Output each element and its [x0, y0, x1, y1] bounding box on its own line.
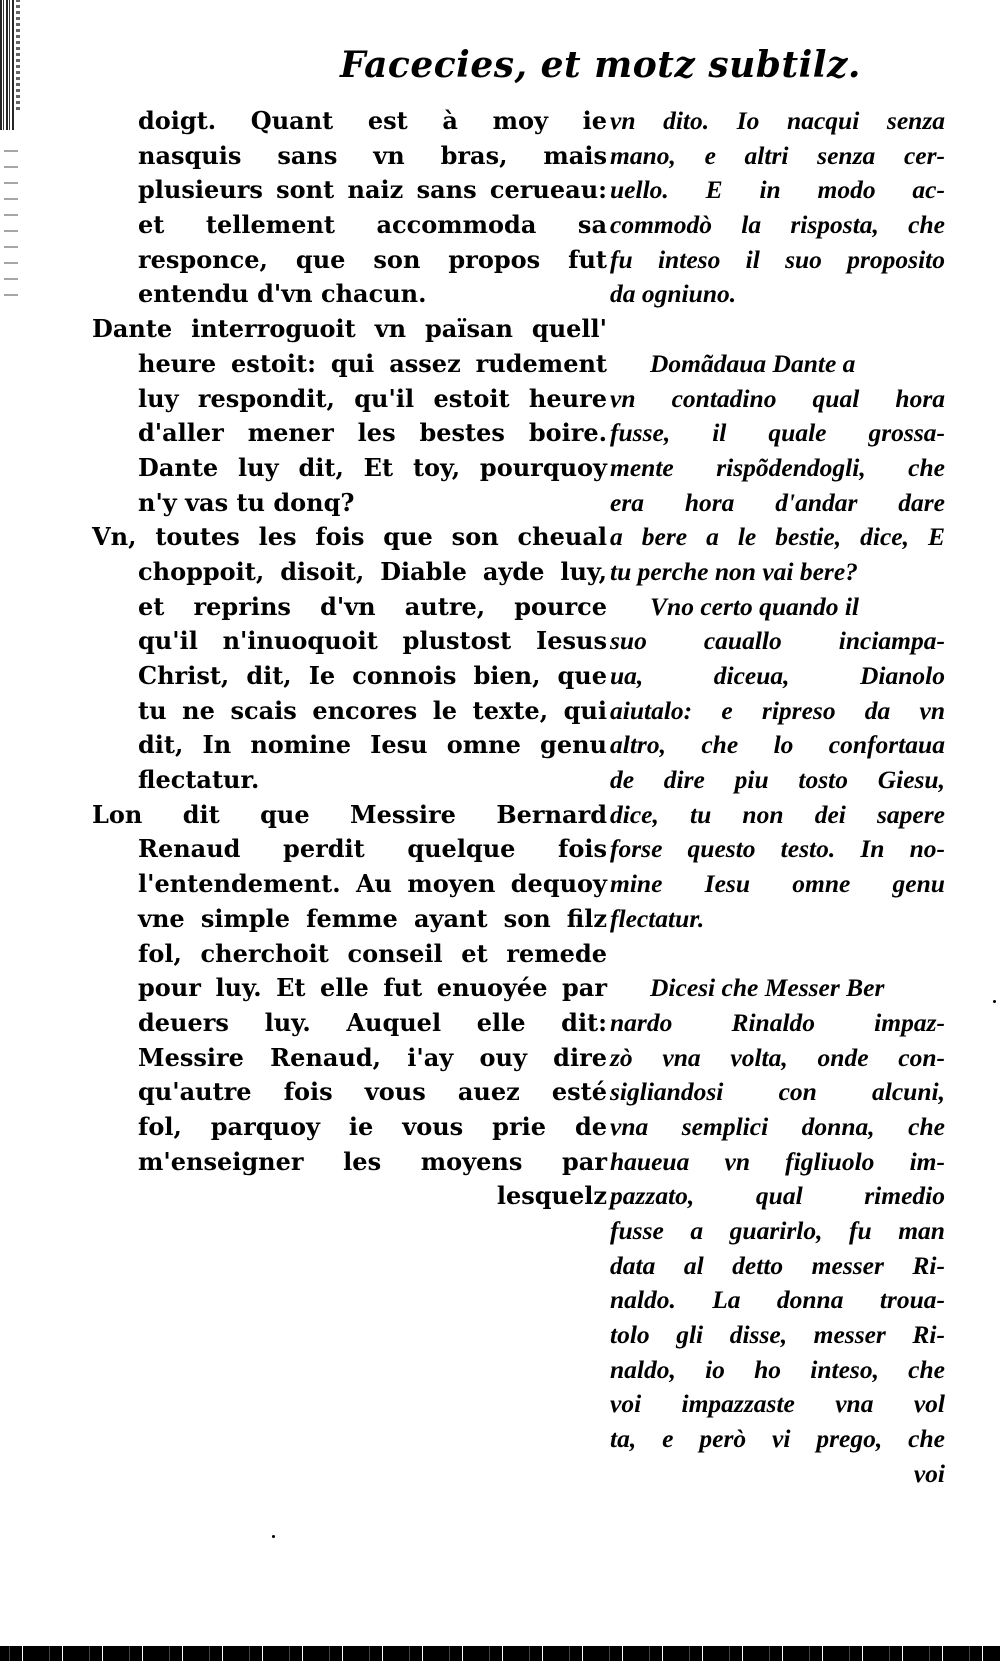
text-line: l'entendement. Au moyen dequoy: [92, 867, 607, 902]
text-line: vne simple femme ayant son filz: [92, 902, 607, 937]
text-line: flectatur.: [92, 763, 607, 798]
text-line: Vno certo quando il: [610, 590, 945, 625]
text-line: m'enseigner les moyens par: [92, 1145, 607, 1180]
text-line: Messire Renaud, i'ay ouy dire: [92, 1041, 607, 1076]
text-line: forse questo testo. In no-: [610, 832, 945, 867]
text-line: aiutalo: e ripreso da vn: [610, 694, 945, 729]
text-line: doigt. Quant est à moy ie: [92, 104, 607, 139]
text-line: ta, e però vi prego, che: [610, 1422, 945, 1457]
text-line: plusieurs sont naiz sans cerueau:: [92, 173, 607, 208]
text-line: vn contadino qual hora: [610, 382, 945, 417]
text-line: Dante luy dit, Et toy, pourquoy: [92, 451, 607, 486]
catchword: lesquelz: [92, 1179, 607, 1214]
text-line: a bere a le bestie, dice, E: [610, 520, 945, 555]
text-line: uello. E in modo ac-: [610, 173, 945, 208]
text-line: fol, cherchoit conseil et remede: [92, 937, 607, 972]
text-line: et tellement accommoda sa: [92, 208, 607, 243]
text-line: deuers luy. Auquel elle dit:: [92, 1006, 607, 1041]
text-line: Christ, dit, Ie connois bien, que: [92, 659, 607, 694]
text-line: n'y vas tu donq?: [92, 486, 607, 521]
text-line: tu ne scais encores le texte, qui: [92, 694, 607, 729]
text-line: Vn, toutes les fois que son cheual: [92, 520, 607, 555]
text-line: fu inteso il suo proposito: [610, 243, 945, 278]
text-line: de dire piu tosto Giesu,: [610, 763, 945, 798]
text-line: flectatur.: [610, 902, 945, 937]
scan-gutter-edge: [0, 0, 14, 130]
text-line: mano, e altri senza cer-: [610, 139, 945, 174]
text-line: Dante interroguoit vn païsan quell': [92, 312, 607, 347]
text-line: Lon dit que Messire Bernard: [92, 798, 607, 833]
french-text-column: doigt. Quant est à moy ienasquis sans vn…: [92, 104, 607, 1214]
text-line: vna semplici donna, che: [610, 1110, 945, 1145]
text-line: commodò la risposta, che: [610, 208, 945, 243]
scan-bottom-edge: [0, 1646, 1000, 1661]
text-line: tu perche non vai bere?: [610, 555, 945, 590]
text-line: Domãdaua Dante a: [610, 347, 945, 382]
text-line: pazzato, qual rimedio: [610, 1179, 945, 1214]
text-line: sigliandosi con alcuni,: [610, 1075, 945, 1110]
text-line: choppoit, disoit, Diable ayde luy,: [92, 555, 607, 590]
text-line: Dicesi che Messer Ber: [610, 971, 945, 1006]
text-line: qu'autre fois vous auez esté: [92, 1075, 607, 1110]
text-line: dit, In nomine Iesu omne genu: [92, 728, 607, 763]
text-line: luy respondit, qu'il estoit heure: [92, 382, 607, 417]
text-line: d'aller mener les bestes boire.: [92, 416, 607, 451]
text-line: mine Iesu omne genu: [610, 867, 945, 902]
text-line: vn dito. Io nacqui senza: [610, 104, 945, 139]
text-line: altro, che lo confortaua: [610, 728, 945, 763]
text-line: nardo Rinaldo impaz-: [610, 1006, 945, 1041]
text-line: fusse, il quale grossa-: [610, 416, 945, 451]
book-page: Facecies, et motz subtilz. doigt. Quant …: [0, 0, 1000, 1661]
italian-text-column: vn dito. Io nacqui senzamano, e altri se…: [610, 104, 945, 1492]
scan-margin-specks: [4, 150, 18, 310]
text-line: da ogniuno.: [610, 277, 945, 312]
text-line: zò vna volta, onde con-: [610, 1041, 945, 1076]
text-line: fusse a guarirlo, fu man: [610, 1214, 945, 1249]
paragraph-gap: [610, 312, 945, 347]
paragraph-gap: [610, 937, 945, 972]
margin-speck: [272, 1535, 275, 1538]
scan-gutter-edge-secondary: [16, 0, 20, 110]
text-line: haueua vn figliuolo im-: [610, 1145, 945, 1180]
text-line: suo cauallo inciampa-: [610, 624, 945, 659]
catchword: voi: [610, 1457, 945, 1492]
text-line: ua, diceua, Dianolo: [610, 659, 945, 694]
text-line: naldo. La donna troua-: [610, 1283, 945, 1318]
text-line: et reprins d'vn autre, pource: [92, 590, 607, 625]
text-line: fol, parquoy ie vous prie de: [92, 1110, 607, 1145]
text-line: naldo, io ho inteso, che: [610, 1353, 945, 1388]
text-line: pour luy. Et elle fut enuoyée par: [92, 971, 607, 1006]
running-head: Facecies, et motz subtilz.: [340, 44, 720, 86]
text-line: tolo gli disse, messer Ri-: [610, 1318, 945, 1353]
text-line: heure estoit: qui assez rudement: [92, 347, 607, 382]
text-line: Renaud perdit quelque fois: [92, 832, 607, 867]
margin-speck: [993, 1000, 996, 1003]
text-line: dice, tu non dei sapere: [610, 798, 945, 833]
text-line: era hora d'andar dare: [610, 486, 945, 521]
text-line: mente rispõdendogli, che: [610, 451, 945, 486]
text-line: entendu d'vn chacun.: [92, 277, 607, 312]
text-line: qu'il n'inuoquoit plustost Iesus: [92, 624, 607, 659]
text-line: data al detto messer Ri-: [610, 1249, 945, 1284]
text-line: nasquis sans vn bras, mais: [92, 139, 607, 174]
text-line: voi impazzaste vna vol: [610, 1387, 945, 1422]
text-line: responce, que son propos fut: [92, 243, 607, 278]
